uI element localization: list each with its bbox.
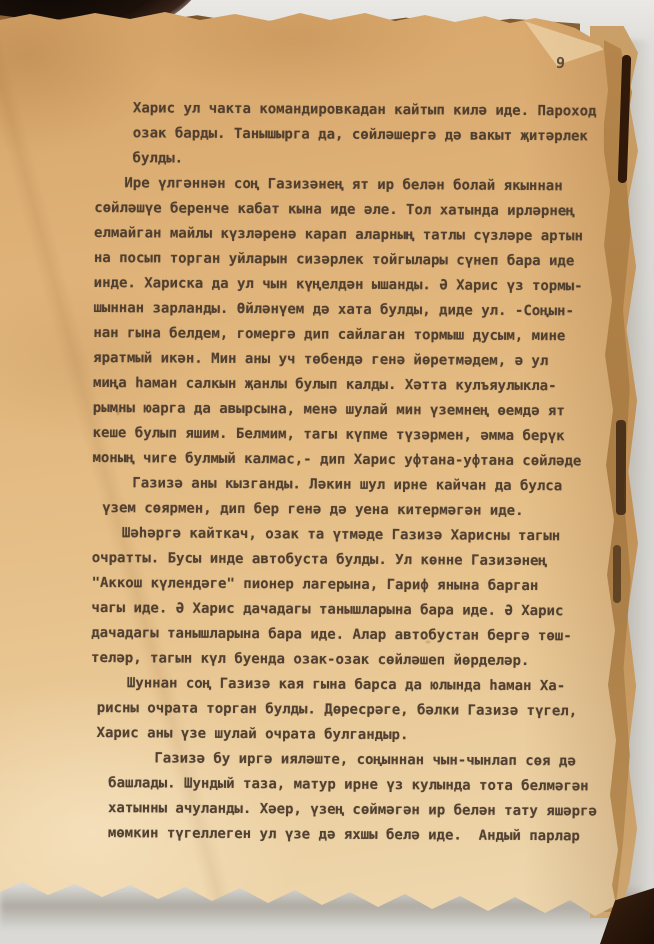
text-line: "Аккош күлендәге" пионер лагерына, Гариф… [92,571,612,600]
text-line: хатынны ачуланды. Хәер, үзең сөймәгән ир… [108,796,610,825]
photo-of-manuscript-page: 9 Харис ул чакта командировкадан кайтып … [0,0,654,944]
text-line: Харис ул чакта командировкадан кайтып ки… [133,96,615,124]
text-line: инде. Хариска да ул чын күңелдән ышанды.… [94,271,614,300]
text-line: елмайган майлы күзләренә карап аларның т… [94,221,614,250]
text-line: Газизә аны кызганды. Ләкин шул ирне кайч… [102,471,612,500]
text-line: нан гына белдем, гомергә дип сайлаган то… [93,321,613,350]
text-line: Шуннан соң Газизә кая гына барса да юлын… [97,671,611,700]
text-line: озак барды. Танышырга да, сөйләшергә дә … [133,121,615,149]
text-line: теләр, тагын күл буенда озак-озак сөйләш… [91,646,611,675]
page-edge-dark-mark [616,420,626,515]
paragraph: Газизә бу иргә ияләште, соңыннан чын-чын… [108,746,611,850]
text-line: миңа һаман салкын җанлы булып калды. Хәт… [93,371,613,400]
text-line: Харис аны үзе шулай очрата булгандыр. [96,721,610,750]
text-line: шыннан зарланды. Өйләнүем дә хата булды,… [93,296,613,325]
text-line: башлады. Шундый таза, матур ирне үз кулы… [108,771,610,800]
paragraph: Харис ул чакта командировкадан кайтып ки… [132,96,615,174]
text-line: яратмый икән. Мин аны уч төбендә генә йө… [93,346,613,375]
text-line: на посып торган уйларын сизәрлек тойгыла… [94,246,614,275]
text-line: Ире үлгәннән соң Газизәнең ят ир белән б… [94,171,614,200]
typed-text: Харис ул чакта командировкадан кайтып ки… [90,96,615,850]
text-line: үзем сөярмен, дип бер генә дә уена китер… [102,496,612,525]
paragraph: Шәһәргә кайткач, озак та үтмәде Газизә Х… [91,521,612,675]
manuscript-page: 9 Харис ул чакта командировкадан кайтып … [0,0,654,944]
text-line: рымны юарга да авырсына, менә шулай мин … [93,396,613,425]
text-line: моның чиге булмый калмас,- дип Харис уфт… [92,446,612,475]
text-line: рисны очрата торган булды. Дөресрәге, бә… [97,696,611,725]
text-line: кеше булып яшим. Белмим, тагы күпме түзә… [93,421,613,450]
text-line: дачадагы танышларына бара иде. Алар авто… [91,621,611,650]
text-line: сөйләшүе беренче кабат кына иде әле. Тол… [94,196,614,225]
paragraph: Ире үлгәннән соң Газизәнең ят ир белән б… [92,171,614,475]
text-line: Шәһәргә кайткач, озак та үтмәде Газизә Х… [92,521,612,550]
text-line: чагы иде. Ә Харис дачадагы танышларына б… [91,596,611,625]
text-line: очратты. Бусы инде автобуста булды. Ул к… [92,546,612,575]
page-edge-dark-mark [613,545,621,603]
text-line: булды. [132,146,614,174]
page-number: 9 [555,54,565,73]
text-line: мөмкин түгеллеген ул үзе дә яхшы белә ид… [108,821,610,850]
text-line: Газизә бу иргә ияләште, соңыннан чын-чын… [108,746,610,775]
paragraph: Газизә аны кызганды. Ләкин шул ирне кайч… [102,471,612,525]
paragraph: Шуннан соң Газизә кая гына барса да юлын… [96,671,611,750]
